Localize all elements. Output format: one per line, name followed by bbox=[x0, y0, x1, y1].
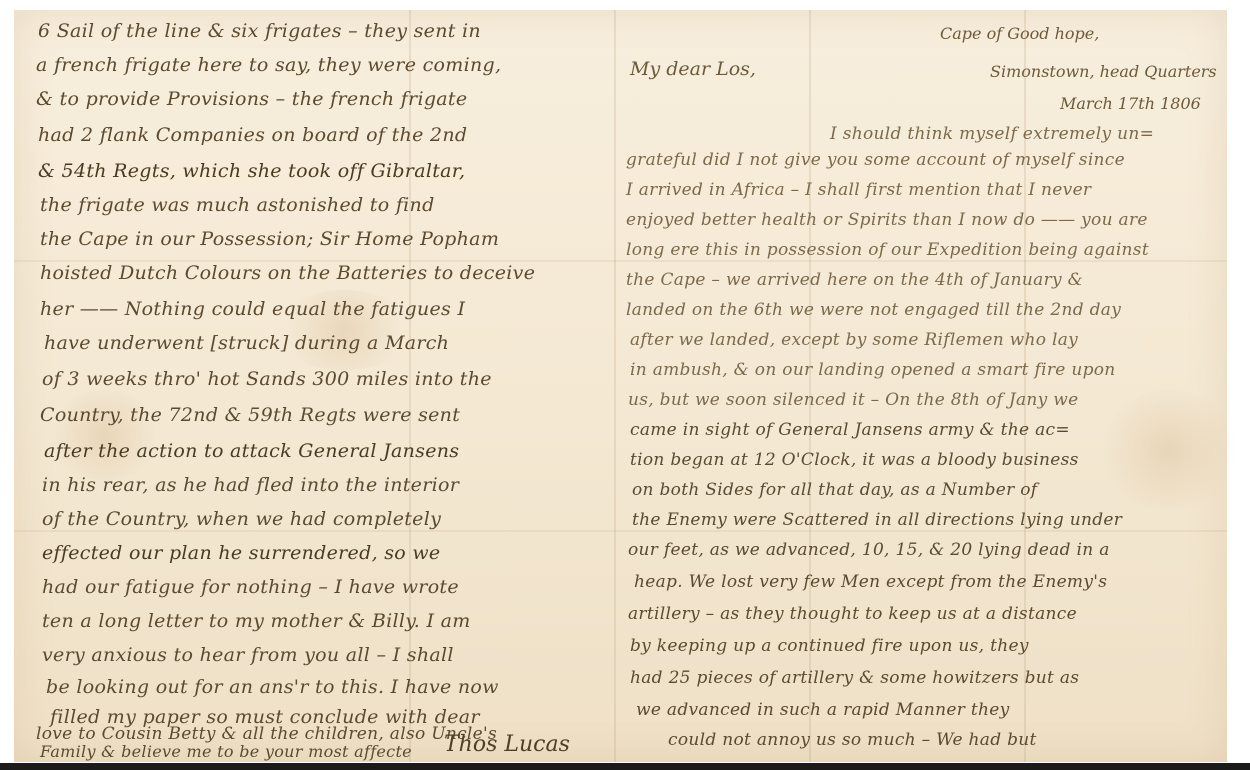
text-line: enjoyed better health or Spirits than I … bbox=[626, 210, 1148, 230]
text-line: after we landed, except by some Riflemen… bbox=[630, 330, 1078, 350]
text-line: long ere this in possession of our Exped… bbox=[626, 240, 1149, 260]
letter-date: March 17th 1806 bbox=[1060, 94, 1201, 113]
text-line: us, but we soon silenced it – On the 8th… bbox=[628, 390, 1078, 410]
text-line: came in sight of General Jansens army & … bbox=[630, 420, 1070, 440]
letter-place-line-1: Cape of Good hope, bbox=[940, 24, 1099, 43]
text-line: hoisted Dutch Colours on the Batteries t… bbox=[40, 262, 535, 284]
text-line: the Cape – we arrived here on the 4th of… bbox=[626, 270, 1083, 290]
text-line: ten a long letter to my mother & Billy. … bbox=[42, 610, 471, 632]
left-page: 6 Sail of the line & six frigates – they… bbox=[14, 0, 614, 770]
text-line: & 54th Regts, which she took off Gibralt… bbox=[38, 160, 465, 182]
text-line: had 25 pieces of artillery & some howitz… bbox=[630, 668, 1079, 688]
text-line: after the action to attack General Janse… bbox=[44, 440, 459, 462]
right-page: Cape of Good hope, My dear Los, Simonsto… bbox=[620, 0, 1227, 770]
text-line: a french frigate here to say, they were … bbox=[36, 54, 501, 76]
signature: Thos Lucas bbox=[444, 732, 570, 757]
text-line: & to provide Provisions – the french fri… bbox=[36, 88, 467, 110]
letter-place-line-2: Simonstown, head Quarters bbox=[990, 62, 1217, 81]
text-line: tion began at 12 O'Clock, it was a blood… bbox=[630, 450, 1079, 470]
text-line: the frigate was much astonished to find bbox=[40, 194, 435, 216]
text-line: by keeping up a continued fire upon us, … bbox=[630, 636, 1029, 656]
text-line: I should think myself extremely un= bbox=[830, 124, 1154, 144]
text-line: love to Cousin Betty & all the children,… bbox=[36, 724, 497, 744]
text-line: her —— Nothing could equal the fatigues … bbox=[40, 298, 465, 320]
text-line: of the Country, when we had completely bbox=[42, 508, 441, 530]
bottom-edge-bar bbox=[0, 763, 1250, 770]
text-line: had our fatigue for nothing – I have wro… bbox=[42, 576, 459, 598]
text-line: very anxious to hear from you all – I sh… bbox=[42, 644, 454, 666]
salutation: My dear Los, bbox=[630, 58, 756, 80]
text-line: had 2 flank Companies on board of the 2n… bbox=[38, 124, 467, 146]
text-line: in ambush, & on our landing opened a sma… bbox=[630, 360, 1116, 380]
text-line: I arrived in Africa – I shall first ment… bbox=[626, 180, 1091, 200]
text-line: 6 Sail of the line & six frigates – they… bbox=[38, 20, 481, 42]
text-line: have underwent [struck] during a March bbox=[44, 332, 449, 354]
text-line: Country, the 72nd & 59th Regts were sent bbox=[40, 404, 460, 426]
center-fold bbox=[614, 10, 616, 762]
text-line: of 3 weeks thro' hot Sands 300 miles int… bbox=[42, 368, 492, 390]
text-line: the Enemy were Scattered in all directio… bbox=[632, 510, 1122, 530]
text-line: landed on the 6th we were not engaged ti… bbox=[626, 300, 1121, 320]
text-line: effected our plan he surrendered, so we bbox=[42, 542, 440, 564]
text-line: heap. We lost very few Men except from t… bbox=[634, 572, 1107, 592]
text-line: we advanced in such a rapid Manner they bbox=[636, 700, 1010, 720]
text-line: in his rear, as he had fled into the int… bbox=[42, 474, 459, 496]
text-line: grateful did I not give you some account… bbox=[626, 150, 1125, 170]
text-line: could not annoy us so much – We had but bbox=[668, 730, 1037, 750]
text-line: Family & believe me to be your most affe… bbox=[40, 742, 412, 761]
text-line: our feet, as we advanced, 10, 15, & 20 l… bbox=[628, 540, 1110, 560]
text-line: be looking out for an ans'r to this. I h… bbox=[46, 676, 499, 698]
text-line: the Cape in our Possession; Sir Home Pop… bbox=[40, 228, 499, 250]
text-line: on both Sides for all that day, as a Num… bbox=[632, 480, 1037, 500]
text-line: artillery – as they thought to keep us a… bbox=[628, 604, 1077, 624]
